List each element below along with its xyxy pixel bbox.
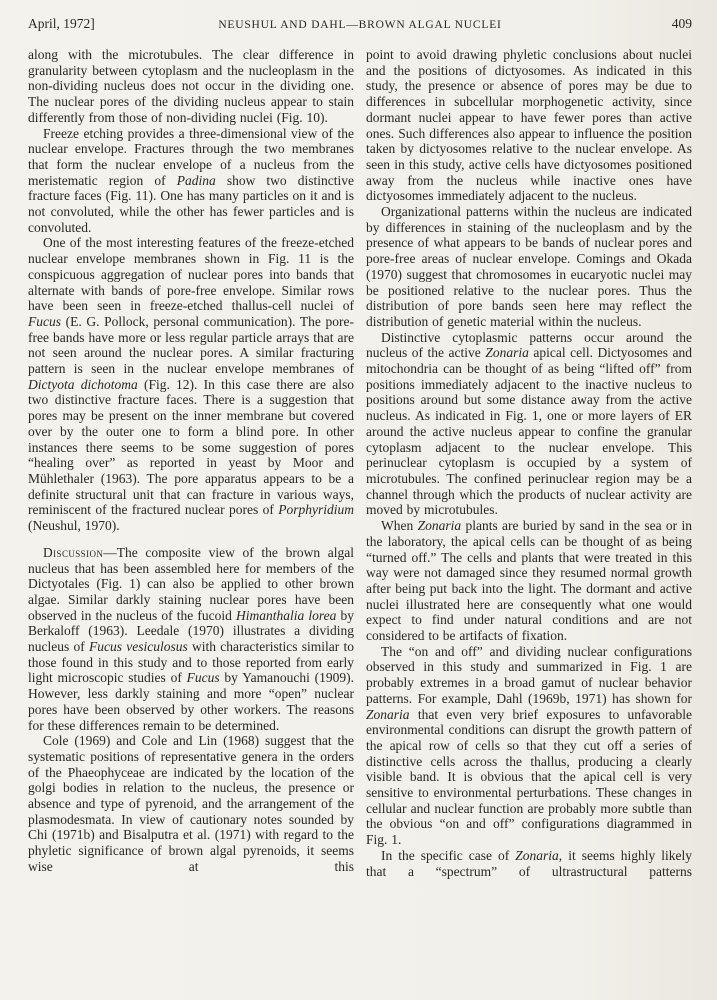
text-run: plants are buried by sand in the sea or … xyxy=(366,518,692,643)
text-run: Zonaria xyxy=(515,848,559,863)
text-run: apical cell. Dictyosomes and mitochondri… xyxy=(366,345,692,517)
paragraph: Freeze etching provides a three-dimensio… xyxy=(28,126,354,236)
text-run: Himanthalia lorea xyxy=(236,608,336,623)
paragraph: The “on and off” and dividing nuclear co… xyxy=(366,644,692,848)
text-run: Discussion xyxy=(43,545,103,560)
text-run: that even very brief exposures to unfavo… xyxy=(366,707,692,848)
text-run: In the specific case of xyxy=(381,848,515,863)
text-run: Zonaria xyxy=(418,518,462,533)
paragraph: point to avoid drawing phyletic conclusi… xyxy=(366,47,692,204)
text-run: Fucus xyxy=(28,314,61,329)
text-run: The “on and off” and dividing nuclear co… xyxy=(366,644,692,706)
paragraph: along with the microtubules. The clear d… xyxy=(28,47,354,126)
paragraph: When Zonaria plants are buried by sand i… xyxy=(366,518,692,644)
text-run: Zonaria xyxy=(366,707,410,722)
journal-page: April, 1972] NEUSHUL AND DAHL—BROWN ALGA… xyxy=(0,0,717,1000)
text-run: Organizational patterns within the nucle… xyxy=(366,204,692,329)
text-run: When xyxy=(381,518,418,533)
text-run: (Fig. 12). In this case there are also t… xyxy=(28,377,354,518)
text-run: (E. G. Pollock, personal communication).… xyxy=(28,314,354,376)
text-run: Fucus vesiculosus xyxy=(89,639,188,654)
paragraph: Organizational patterns within the nucle… xyxy=(366,204,692,330)
left-column: along with the microtubules. The clear d… xyxy=(28,47,354,879)
running-head: April, 1972] NEUSHUL AND DAHL—BROWN ALGA… xyxy=(28,16,692,32)
paragraph: Discussion—The composite view of the bro… xyxy=(28,545,354,733)
text-run: (Neushul, 1970). xyxy=(28,518,120,533)
paragraph: In the specific case of Zonaria, it seem… xyxy=(366,848,692,879)
right-column: point to avoid drawing phyletic conclusi… xyxy=(366,47,692,879)
text-columns: along with the microtubules. The clear d… xyxy=(28,47,692,879)
text-run: Cole (1969) and Cole and Lin (1968) sugg… xyxy=(28,733,354,874)
text-run: One of the most interesting features of … xyxy=(28,235,354,313)
running-title: NEUSHUL AND DAHL—BROWN ALGAL NUCLEI xyxy=(148,19,572,31)
text-run: Porphyridium xyxy=(278,502,354,517)
page-number: 409 xyxy=(572,16,692,32)
text-run: Padina xyxy=(177,173,216,188)
issue-date: April, 1972] xyxy=(28,16,148,32)
paragraph: Distinctive cytoplasmic patterns occur a… xyxy=(366,330,692,518)
text-run: along with the microtubules. The clear d… xyxy=(28,47,354,125)
text-run: Zonaria xyxy=(485,345,529,360)
text-run: Dictyota dichotoma xyxy=(28,377,138,392)
text-run: Fucus xyxy=(187,670,220,685)
paragraph: Cole (1969) and Cole and Lin (1968) sugg… xyxy=(28,733,354,874)
paragraph: One of the most interesting features of … xyxy=(28,235,354,533)
text-run: point to avoid drawing phyletic conclusi… xyxy=(366,47,692,203)
